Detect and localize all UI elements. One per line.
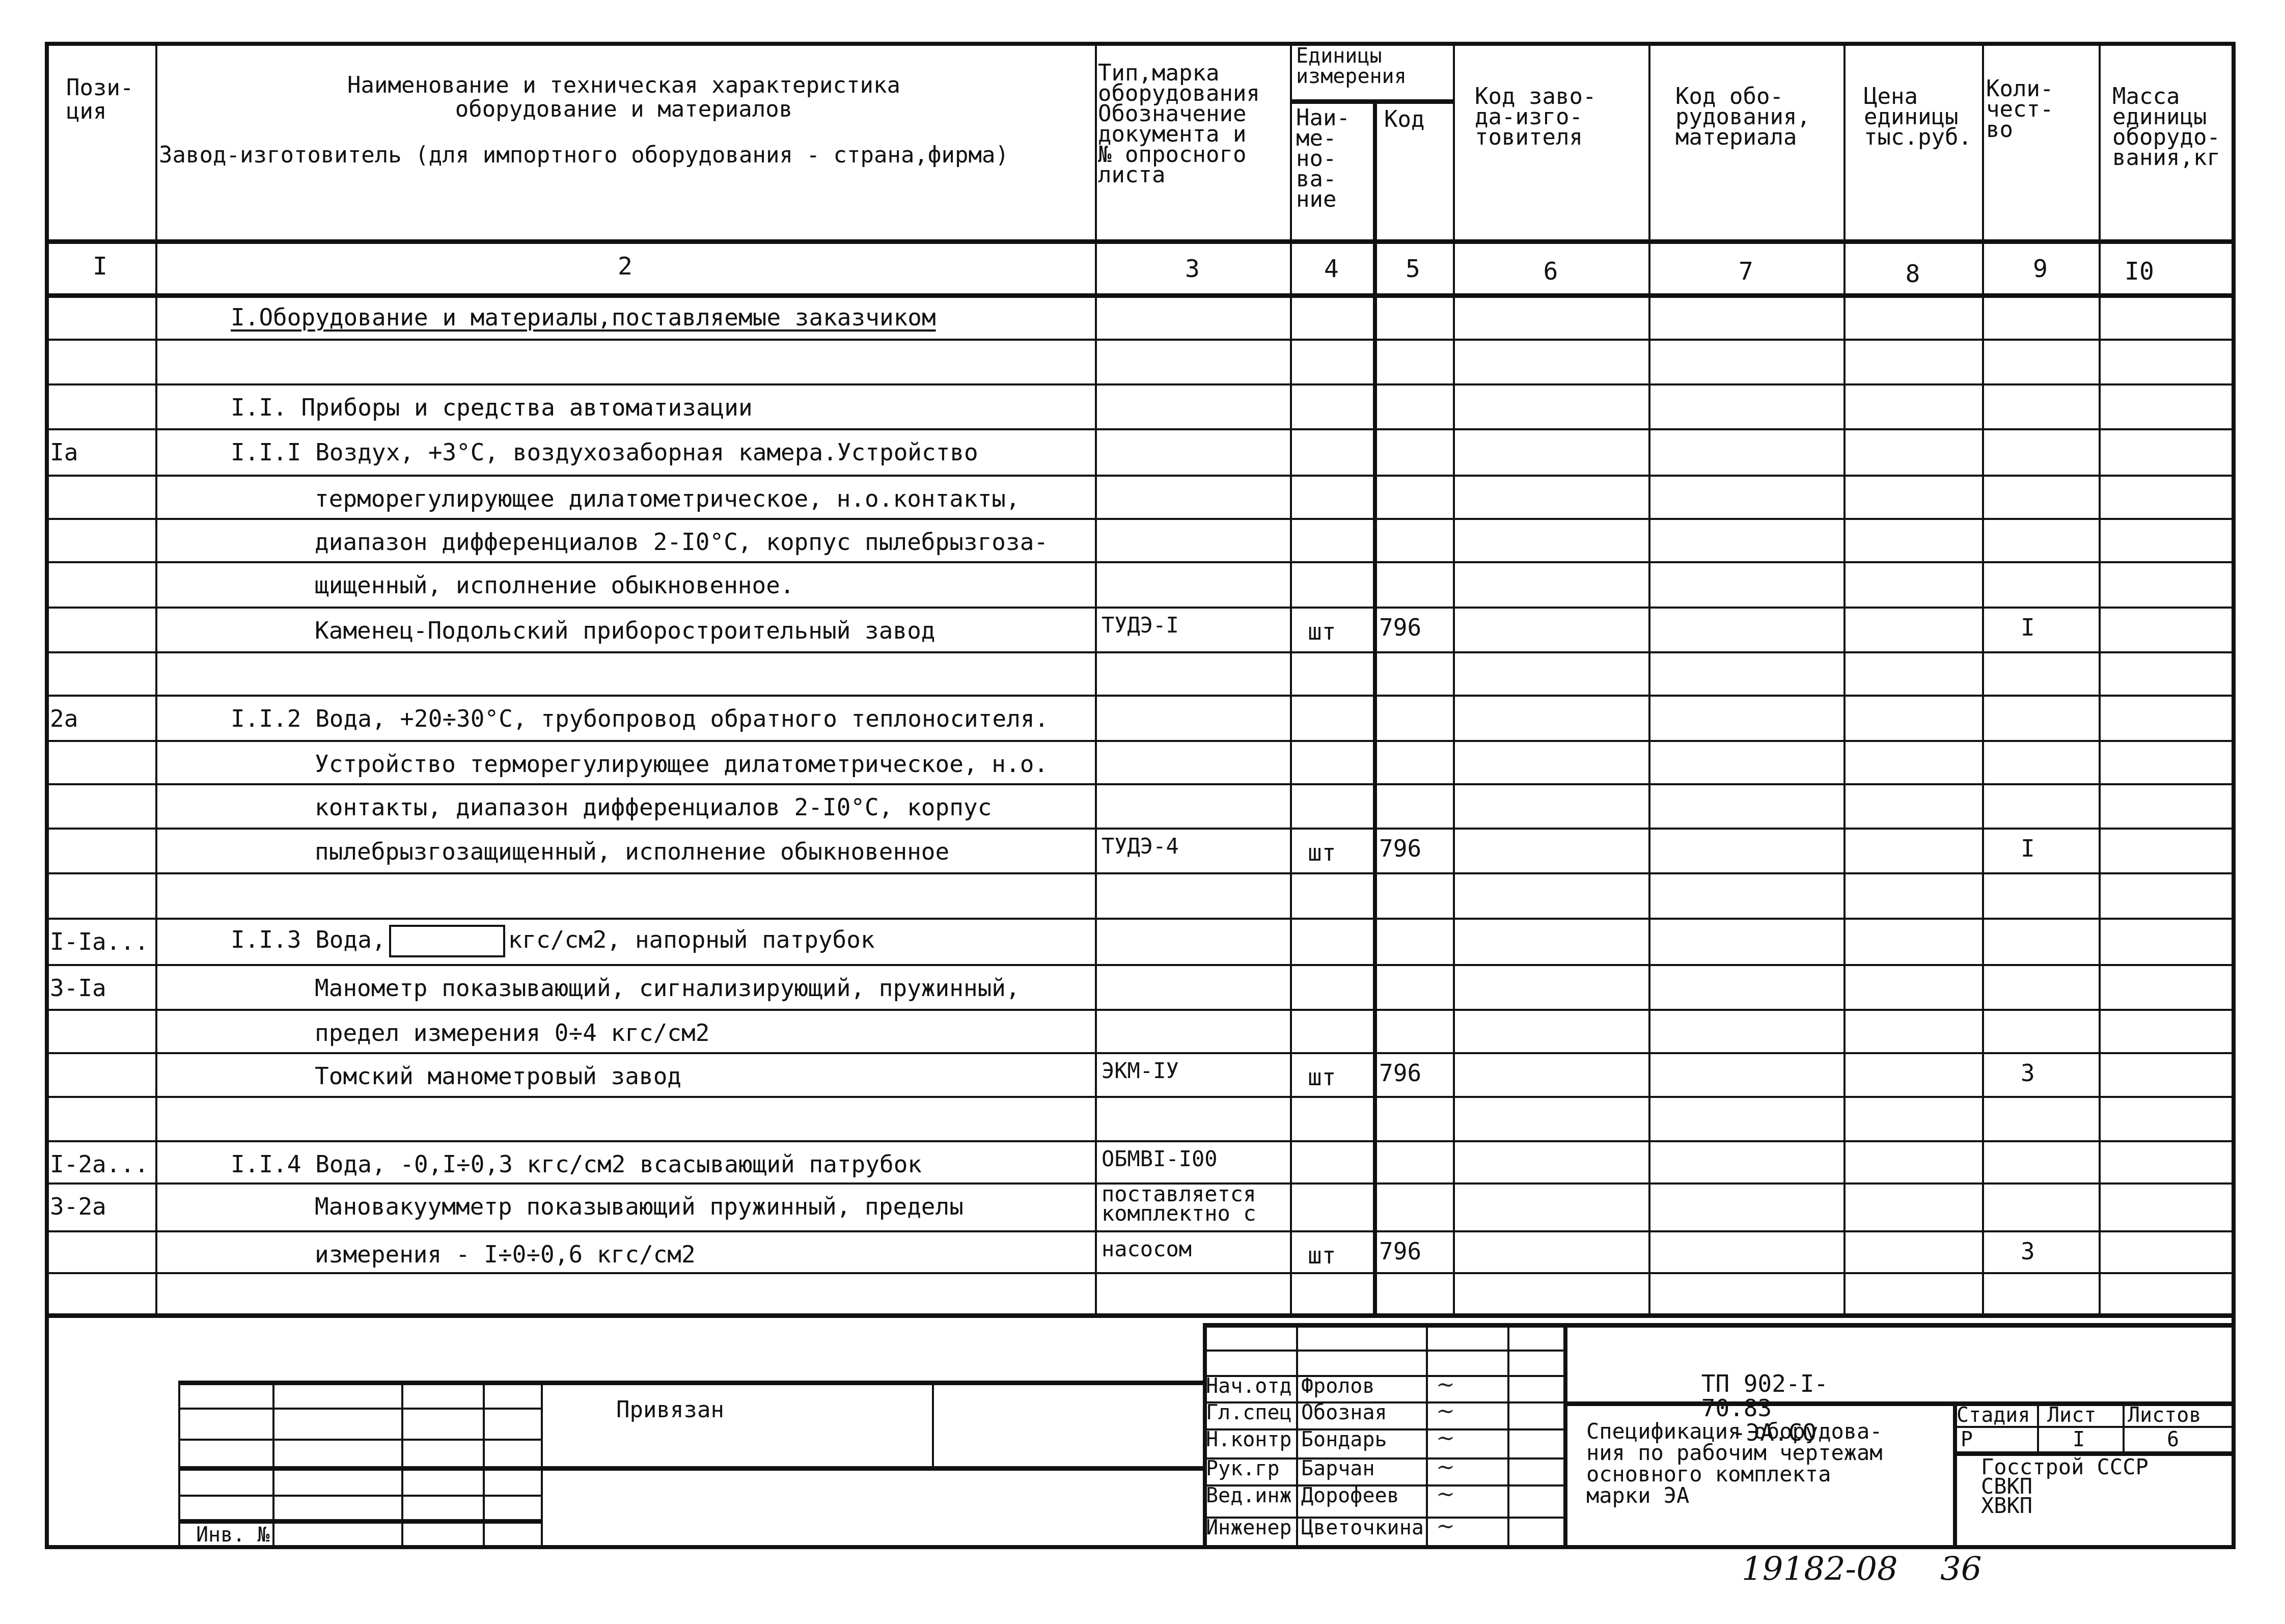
header-manufacturer-code: Код заво- да-изго- товителя <box>1475 87 1596 148</box>
name-cell: I.I.2 Вода, +20÷30°C, трубопровод обратн… <box>231 705 1049 732</box>
header-manufacturer: Завод-изготовитель (для импортного обору… <box>159 144 1009 167</box>
quantity-cell: 3 <box>2021 1237 2035 1265</box>
position-cell: I-Ia... <box>50 928 149 955</box>
stage-label: Стадия <box>1957 1403 2030 1427</box>
type-cell: поставляется комплектно с <box>1102 1185 1256 1223</box>
header-quantity: Коли- чест- во <box>1986 79 2053 140</box>
grid-line <box>45 239 2236 244</box>
table-row: терморегулирующее дилатометрическое, н.о… <box>45 475 2236 518</box>
signature-name: Фролов <box>1301 1374 1375 1398</box>
name-cell: контакты, диапазон дифференциалов 2-I0°C… <box>315 793 992 821</box>
handwritten-signature-icon: ~ <box>1436 1398 1455 1424</box>
colnum-8: 8 <box>1843 260 1982 288</box>
colnum-10: I0 <box>2099 257 2180 286</box>
handwritten-signature-icon: ~ <box>1436 1372 1455 1398</box>
name-cell: щищенный, исполнение обыкновенное. <box>315 571 794 599</box>
type-cell: насосом <box>1102 1240 1192 1259</box>
signature-name: Барчан <box>1301 1456 1375 1481</box>
colnum-7: 7 <box>1648 257 1843 286</box>
handwritten-page-number: 36 <box>1940 1551 1981 1588</box>
position-cell: 2a <box>50 705 78 732</box>
table-row: Томский манометровый заводЭКМ-IУшт7963 <box>45 1052 2236 1096</box>
table-row <box>45 651 2236 695</box>
table-row: контакты, диапазон дифференциалов 2-I0°C… <box>45 783 2236 828</box>
type-cell: ТУДЭ-4 <box>1102 837 1179 856</box>
signature-role: Гл.спец <box>1206 1400 1292 1425</box>
handwritten-signature-icon: ~ <box>1436 1513 1455 1539</box>
position-cell: 3-Ia <box>50 974 106 1002</box>
colnum-6: 6 <box>1453 257 1648 286</box>
table-row: Каменец-Подольский приборостроительный з… <box>45 607 2236 651</box>
unit-code-cell: 796 <box>1379 614 1421 641</box>
signature-role: Вед.инж <box>1206 1483 1292 1508</box>
table-row: диапазон дифференциалов 2-I0°C, корпус п… <box>45 518 2236 561</box>
unit-code-cell: 796 <box>1379 1237 1421 1265</box>
table-row: 3-2aМановакуумметр показывающий пружинны… <box>45 1182 2236 1230</box>
name-suffix: кгс/см2, напорный патрубок <box>508 926 875 953</box>
sheet-label: Лист <box>2047 1403 2096 1427</box>
unit-code-cell: 796 <box>1379 835 1421 862</box>
pressure-value-input[interactable] <box>389 925 505 957</box>
header-unit-name: Наи- ме- но- ва- ние <box>1296 108 1350 210</box>
name-cell: Манометр показывающий, сигнализирующий, … <box>315 974 1020 1002</box>
name-cell: терморегулирующее дилатометрическое, н.о… <box>315 485 1020 512</box>
signature-name: Обозная <box>1301 1400 1387 1425</box>
handwritten-signature-icon: ~ <box>1436 1454 1455 1480</box>
table-row: щищенный, исполнение обыкновенное. <box>45 561 2236 607</box>
header-name-line1: Наименование и техническая характеристик… <box>255 74 993 97</box>
document-code-prefix: ТП 902-I- <box>1701 1370 1828 1397</box>
position-cell: I-2a... <box>50 1150 149 1178</box>
colnum-2: 2 <box>155 252 1095 281</box>
signature-name: Дорофеев <box>1301 1483 1399 1508</box>
signature-role: Н.контр <box>1206 1427 1292 1452</box>
document-title: Спецификация оборудова- ния по рабочим ч… <box>1586 1421 1883 1506</box>
position-cell: 3-2a <box>50 1193 106 1220</box>
name-cell: I.I.3 Вода,кгс/см2, напорный патрубок <box>231 925 875 957</box>
table-row <box>45 872 2236 918</box>
quantity-cell: I <box>2021 614 2035 641</box>
table-row: измерения - I÷0÷0,6 кгс/см2насосомшт7963 <box>45 1230 2236 1272</box>
table-row: 2aI.I.2 Вода, +20÷30°C, трубопровод обра… <box>45 695 2236 740</box>
name-cell: I.I. Приборы и средства автоматизации <box>231 394 753 421</box>
header-mass: Масса единицы оборудо- вания,кг <box>2112 87 2220 168</box>
name-cell: диапазон дифференциалов 2-I0°C, корпус п… <box>315 528 1048 556</box>
privyazan-label: Привязан <box>616 1398 724 1422</box>
signature-name: Бондарь <box>1301 1427 1387 1452</box>
handwritten-archive-number: 19182-08 <box>1742 1551 1898 1588</box>
table-row: пылебрызгозащищенный, исполнение обыкнов… <box>45 828 2236 872</box>
table-row <box>45 1096 2236 1140</box>
header-position: Пози- ция <box>66 76 133 123</box>
name-cell: предел измерения 0÷4 кгс/см2 <box>315 1019 709 1047</box>
unit-name-cell: шт <box>1308 1242 1336 1269</box>
table-row <box>45 339 2236 383</box>
table-row: Устройство терморегулирующее дилатометри… <box>45 740 2236 783</box>
table-row: 3-IaМанометр показывающий, сигнализирующ… <box>45 964 2236 1009</box>
handwritten-signature-icon: ~ <box>1436 1425 1455 1451</box>
colnum-3: 3 <box>1095 255 1290 283</box>
colnum-1: I <box>45 252 155 281</box>
name-cell: Мановакуумметр показывающий пружинный, п… <box>315 1193 963 1220</box>
grid-line <box>45 1313 2236 1318</box>
colnum-9: 9 <box>1982 255 2099 283</box>
sheets-value: 6 <box>2167 1427 2179 1452</box>
type-cell: ЭКМ-IУ <box>1102 1061 1179 1081</box>
name-cell: Томский манометровый завод <box>315 1062 681 1090</box>
unit-code-cell: 796 <box>1379 1059 1421 1087</box>
name-cell: Каменец-Подольский приборостроительный з… <box>315 617 935 644</box>
handwritten-signature-icon: ~ <box>1436 1481 1455 1507</box>
colnum-5: 5 <box>1373 255 1453 283</box>
colnum-4: 4 <box>1290 255 1373 283</box>
table-row: предел измерения 0÷4 кгс/см2 <box>45 1009 2236 1052</box>
table-row <box>45 1272 2236 1313</box>
organization: Госстрой СССР СВКП ХВКП <box>1981 1457 2149 1516</box>
sheet-value: I <box>2073 1427 2085 1452</box>
unit-name-cell: шт <box>1308 1063 1336 1091</box>
name-cell: Устройство терморегулирующее дилатометри… <box>315 750 1048 778</box>
name-cell: пылебрызгозащищенный, исполнение обыкнов… <box>315 838 949 865</box>
type-cell: ОБМВI-I00 <box>1102 1149 1218 1169</box>
document-code-number: 70.83 <box>1701 1394 1772 1422</box>
header-name-line2: оборудование и материалов <box>255 98 993 121</box>
stage-value: Р <box>1961 1427 1973 1452</box>
header-unit-code: Код <box>1384 108 1424 131</box>
name-prefix: I.I.3 Вода, <box>231 926 386 953</box>
table-row: I-Ia...I.I.3 Вода,кгс/см2, напорный патр… <box>45 918 2236 964</box>
header-equipment-code: Код обо- рудования, материала <box>1675 87 1810 148</box>
table-row: I.Оборудование и материалы,поставляемые … <box>45 293 2236 339</box>
signature-role: Рук.гр <box>1206 1456 1280 1481</box>
table-row: I.I. Приборы и средства автоматизации <box>45 383 2236 428</box>
table-row: IaI.I.I Воздух, +3°C, воздухозаборная ка… <box>45 428 2236 475</box>
name-cell: I.I.4 Вода, -0,I÷0,3 кгс/см2 всасывающий… <box>231 1150 922 1178</box>
header-unit-price: Цена единицы тыс.руб. <box>1864 87 1972 148</box>
name-cell: I.Оборудование и материалы,поставляемые … <box>231 304 936 331</box>
header-units-group: Единицы измерения <box>1296 46 1407 87</box>
table-row: I-2a...I.I.4 Вода, -0,I÷0,3 кгс/см2 всас… <box>45 1140 2236 1182</box>
signature-name: Цветочкина <box>1301 1516 1424 1540</box>
header-type: Тип,марка оборудования Обозначение докум… <box>1098 63 1260 185</box>
type-cell: ТУДЭ-I <box>1102 616 1179 635</box>
quantity-cell: I <box>2021 835 2035 862</box>
unit-name-cell: шт <box>1308 839 1336 866</box>
signature-role: Инженер <box>1206 1516 1292 1540</box>
sheets-label: Листов <box>2128 1403 2201 1427</box>
quantity-cell: 3 <box>2021 1059 2035 1087</box>
unit-name-cell: шт <box>1308 618 1336 645</box>
position-cell: Ia <box>50 438 78 466</box>
name-cell: I.I.I Воздух, +3°C, воздухозаборная каме… <box>231 438 978 466</box>
signature-role: Нач.отд <box>1206 1374 1292 1398</box>
grid-line <box>1290 99 1453 104</box>
name-cell: измерения - I÷0÷0,6 кгс/см2 <box>315 1241 696 1268</box>
inventory-number-label: Инв. № <box>196 1523 270 1547</box>
